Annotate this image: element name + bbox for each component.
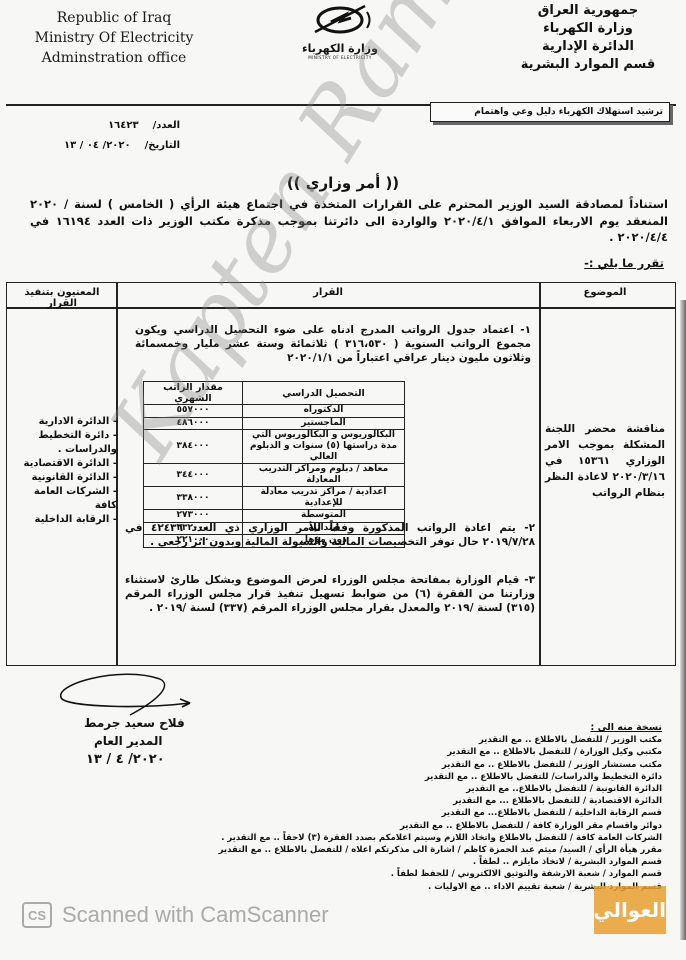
concerned-item: الشركات العامة كافة xyxy=(17,485,117,513)
header-english: Republic of Iraq Ministry Of Electricity… xyxy=(14,8,214,68)
header-arabic-line: وزارة الكهرباء xyxy=(508,20,668,38)
cc-list: نسخة منه الى : مكتب الوزير / للتفضل بالا… xyxy=(282,722,662,893)
qualification-cell: اعدادية / مراكز تدريب معادلة للإعدادية xyxy=(243,487,405,510)
table-row: الدكتوراه ٥٥٧٠٠٠ xyxy=(144,405,405,418)
signatory-name: فلاح سعيد جرمط xyxy=(84,716,185,730)
qualification-cell: البكالوريوس و البكالوريوس التي مدة دراست… xyxy=(243,430,405,464)
cc-item: مكتب مستشار الوزير / للتفضل بالاطلاع .. … xyxy=(282,759,662,771)
signature-scribble-icon xyxy=(60,665,200,765)
number-label: العدد/ xyxy=(153,120,180,140)
cc-item: دائرة التخطيط والدراسات/ للتفضل بالاطلاع… xyxy=(282,771,662,783)
cc-item: الشركات العامة كافة / للتفضل بالاطلاع وا… xyxy=(282,832,662,844)
salary-cell: ٣٣٨٠٠٠ xyxy=(144,487,243,510)
qualification-cell: الماجستير xyxy=(243,417,405,430)
salary-cell: ٤٨٦٠٠٠ xyxy=(144,417,243,430)
concerned-item: الرقابة الداخلية xyxy=(17,513,117,527)
number-value: ١٦٤٢٣ xyxy=(108,120,139,140)
cc-item: قسم الرقابة الداخلية / للتفضل بالاطلاع..… xyxy=(282,807,662,819)
date-label: التاريخ/ xyxy=(145,140,180,160)
header-arabic-line: جمهورية العراق xyxy=(508,2,668,20)
decision-item-1: ١- اعتماد جدول الرواتب المدرج ادناه على … xyxy=(135,323,531,365)
signatory-title: المدير العام xyxy=(94,734,162,748)
table-row: اعدادية / مراكز تدريب معادلة للإعدادية ٣… xyxy=(144,487,405,510)
salary-cell: ٣٨٤٠٠٠ xyxy=(144,430,243,464)
reference-block: العدد/١٦٤٢٣ التاريخ/٢٠٢٠/ ٠٤ / ١٣ xyxy=(20,120,180,160)
header-qualification: التحصيل الدراسي xyxy=(243,382,405,405)
salary-cell: ٣٤٤٠٠٠ xyxy=(144,464,243,487)
cc-item: مكتب الوزير / للتفضل بالاطلاع .. مع التق… xyxy=(282,734,662,746)
header-salary: مقدار الراتب الشهري xyxy=(144,382,243,405)
concerned-item: دائرة التخطيط والدراسات . xyxy=(17,429,117,457)
header-english-line: Adminstration office xyxy=(14,48,214,68)
table-row: معاهد / دبلوم ومراكز التدريب المعادلة ٣٤… xyxy=(144,464,405,487)
scanned-document-page: Republic of Iraq Ministry Of Electricity… xyxy=(0,0,686,960)
concerned-item: الدائرة الاقتصادية xyxy=(17,457,117,471)
cc-item: قسم الموارد / شعبة الارشفة والتوثيق الال… xyxy=(282,868,662,880)
camscanner-text: Scanned with CamScanner xyxy=(62,902,329,928)
cc-item: قسم الموارد البشرية / لاتخاذ مايلزم .. ل… xyxy=(282,856,662,868)
cc-item: دوائر واقسام مقر الوزارة كافة / للتفضل ب… xyxy=(282,820,662,832)
decision-item-3: ٣- قيام الوزارة بمفاتحة مجلس الوزراء لعر… xyxy=(125,573,535,615)
decision-item-2: ٢- يتم اعادة الرواتب المذكورة وفقاً للأم… xyxy=(125,521,535,549)
cc-item: الدائرة الاقتصادية / للتفضل بالاطلاع ...… xyxy=(282,795,662,807)
header-arabic: جمهورية العراق وزارة الكهرباء الدائرة ال… xyxy=(508,2,668,74)
cc-item: مكتبي وكيل الوزارة / للتفضل بالاطلاع .. … xyxy=(282,746,662,758)
subject-cell: مناقشة محضر اللجنة المشكلة بموجب الامر ا… xyxy=(545,421,665,501)
column-divider xyxy=(539,283,541,665)
table-row: الماجستير ٤٨٦٠٠٠ xyxy=(144,417,405,430)
decided-label: تقرر ما يلي :- xyxy=(584,256,664,270)
table-row: البكالوريوس و البكالوريوس التي مدة دراست… xyxy=(144,430,405,464)
qualification-cell: الدكتوراه xyxy=(243,405,405,418)
decision-table: الموضوع القرار المعنيون بتنفيذ القرار من… xyxy=(6,282,676,666)
cc-item: مقرر هيأة الرأي / السيد/ ميثم عبد الحمزة… xyxy=(282,844,662,856)
cc-item: الدائرة القانونية / للتفضل بالاطلاع.. مع… xyxy=(282,783,662,795)
salary-cell: ٥٥٧٠٠٠ xyxy=(144,405,243,418)
header-english-line: Republic of Iraq xyxy=(14,8,214,28)
camscanner-footer: CS Scanned with CamScanner xyxy=(22,902,329,928)
intro-paragraph: استناداً لمصادقة السيد الوزير المحترم عل… xyxy=(30,196,668,246)
concerned-item: الدائرة القانونية xyxy=(17,471,117,485)
header-arabic-line: قسم الموارد البشرية xyxy=(508,56,668,74)
slogan-box: ترشيد استهلاك الكهرباء دليل وعي واهتمام xyxy=(430,102,670,122)
logo-subtitle: MINISTRY OF ELECTRICITY xyxy=(286,55,394,60)
lightning-bolt-logo-icon xyxy=(305,2,375,38)
order-title: (( أمر وزاري )) xyxy=(0,174,686,192)
scan-edge-shadow xyxy=(680,300,686,940)
header-subject: الموضوع xyxy=(545,287,665,298)
concerned-list: الدائرة الادارية دائرة التخطيط والدراسات… xyxy=(17,415,117,527)
camscanner-icon: CS xyxy=(22,902,52,928)
brand-logo-watermark: العوالي xyxy=(594,886,666,934)
header-english-line: Ministry Of Electricity xyxy=(14,28,214,48)
qualification-cell: معاهد / دبلوم ومراكز التدريب المعادلة xyxy=(243,464,405,487)
header-concerned: المعنيون بتنفيذ القرار xyxy=(9,287,115,309)
ministry-logo: وزارة الكهرباء MINISTRY OF ELECTRICITY xyxy=(286,2,394,64)
salary-table-header: التحصيل الدراسي مقدار الراتب الشهري xyxy=(144,382,405,405)
cc-title: نسخة منه الى : xyxy=(282,722,662,734)
concerned-item: الدائرة الادارية xyxy=(17,415,117,429)
date-value: ٢٠٢٠/ ٠٤ / ١٣ xyxy=(64,140,131,160)
header-arabic-line: الدائرة الإدارية xyxy=(508,38,668,56)
header-decision: القرار xyxy=(117,287,539,298)
logo-title: وزارة الكهرباء xyxy=(286,42,394,55)
signature-date: ٢٠٢٠/ ٤ / ١٣ xyxy=(86,752,165,767)
